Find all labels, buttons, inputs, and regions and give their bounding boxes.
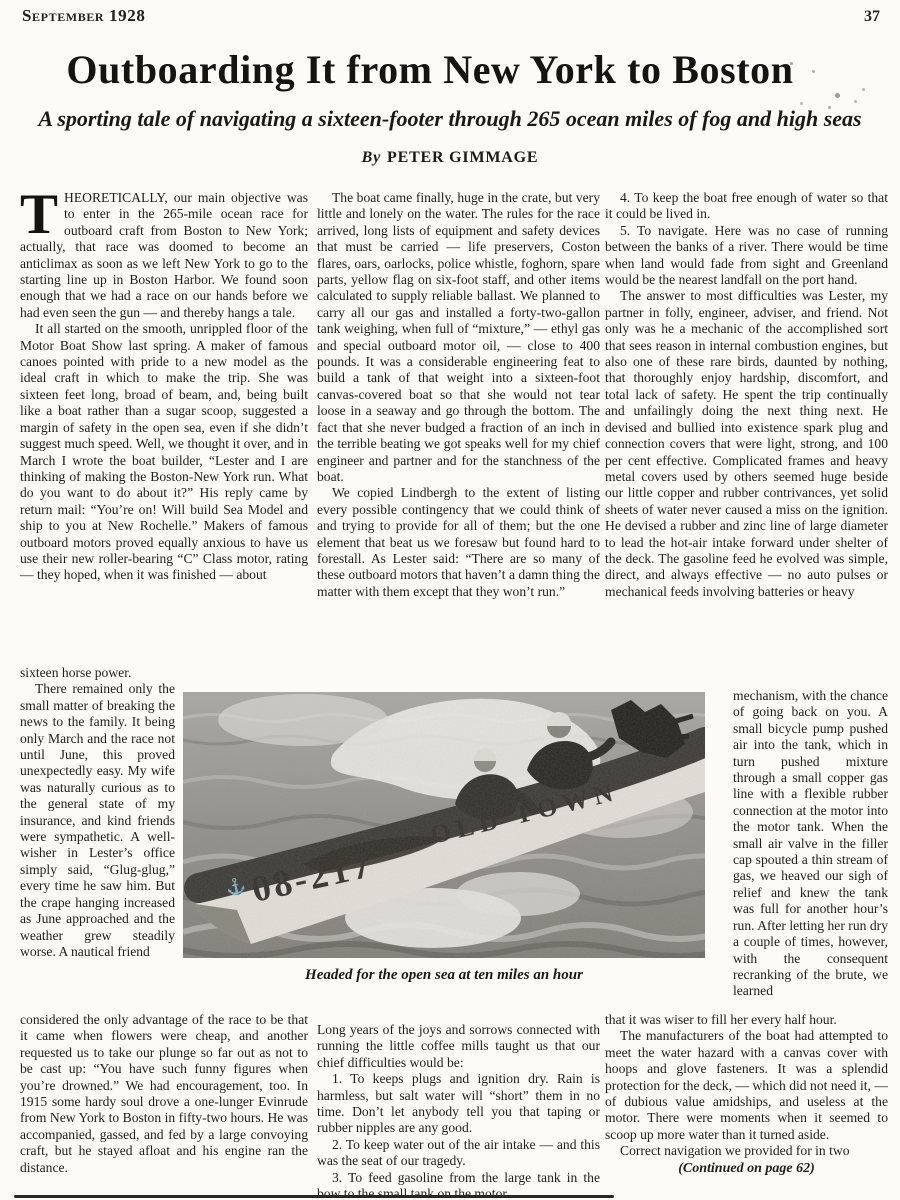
text-block-col3-bottom: that it was wiser to fill her every half… — [605, 1012, 888, 1198]
boat-photo-figure: ⚓ 08-217 OLD TOWN Headed for the open se… — [183, 692, 705, 984]
paragraph: 4. To keep the boat free enough of water… — [605, 190, 888, 223]
paragraph: THEORETICALLY, our main objective was to… — [20, 190, 308, 321]
issue-date: September 1928 — [22, 6, 145, 26]
paragraph: mechanism, with the chance of going back… — [733, 688, 888, 1000]
paragraph: sixteen horse power. — [20, 665, 175, 681]
text-block-col1-top: THEORETICALLY, our main objective was to… — [20, 190, 308, 665]
paragraph: Correct navigation we provided for in tw… — [605, 1143, 888, 1159]
text-block-col2-bottom: Long years of the joys and sorrows conne… — [317, 1022, 600, 1200]
paragraph: Long years of the joys and sorrows conne… — [317, 1022, 600, 1071]
text-block-col3-top: 4. To keep the boat free enough of water… — [605, 190, 888, 688]
paragraph: There remained only the small matter of … — [20, 681, 175, 960]
continued-note: (Continued on page 62) — [605, 1161, 888, 1177]
col3-bottom-paragraphs: that it was wiser to fill her every half… — [605, 1012, 888, 1160]
article-title: Outboarding It from New York to Boston — [0, 46, 860, 93]
paragraph: that it was wiser to fill her every half… — [605, 1012, 888, 1028]
paragraph: considered the only advantage of the rac… — [20, 1012, 308, 1176]
article-subtitle: A sporting tale of navigating a sixteen-… — [10, 106, 890, 132]
page-number: 37 — [864, 8, 880, 26]
page-header: September 1928 37 — [22, 6, 880, 26]
paragraph: 5. To navigate. Here was no case of runn… — [605, 223, 888, 289]
photo-caption: Headed for the open sea at ten miles an … — [183, 967, 705, 984]
paragraph: The answer to most difficulties was Lest… — [605, 288, 888, 600]
scan-artifact-line — [14, 1195, 614, 1198]
paragraph: 2. To keep water out of the air intake —… — [317, 1137, 600, 1170]
photo-grain — [183, 692, 705, 958]
paragraph: The boat came finally, huge in the crate… — [317, 190, 600, 485]
text-block-col1-bottom: considered the only advantage of the rac… — [20, 1012, 308, 1198]
boat-photo: ⚓ 08-217 OLD TOWN — [183, 692, 705, 958]
byline: ByPETER GIMMAGE — [0, 149, 900, 167]
paragraph: The manufacturers of the boat had attemp… — [605, 1028, 888, 1143]
author-name: PETER GIMMAGE — [387, 149, 538, 166]
text-block-col2-top: The boat came finally, huge in the crate… — [317, 190, 600, 685]
paragraph: It all started on the smooth, unrippled … — [20, 321, 308, 584]
paragraph: We copied Lindbergh to the extent of lis… — [317, 485, 600, 600]
byline-prefix: By — [362, 149, 381, 166]
paragraph: 1. To keeps plugs and ignition dry. Rain… — [317, 1071, 600, 1137]
magazine-page: September 1928 37 Outboarding It from Ne… — [0, 0, 900, 1200]
